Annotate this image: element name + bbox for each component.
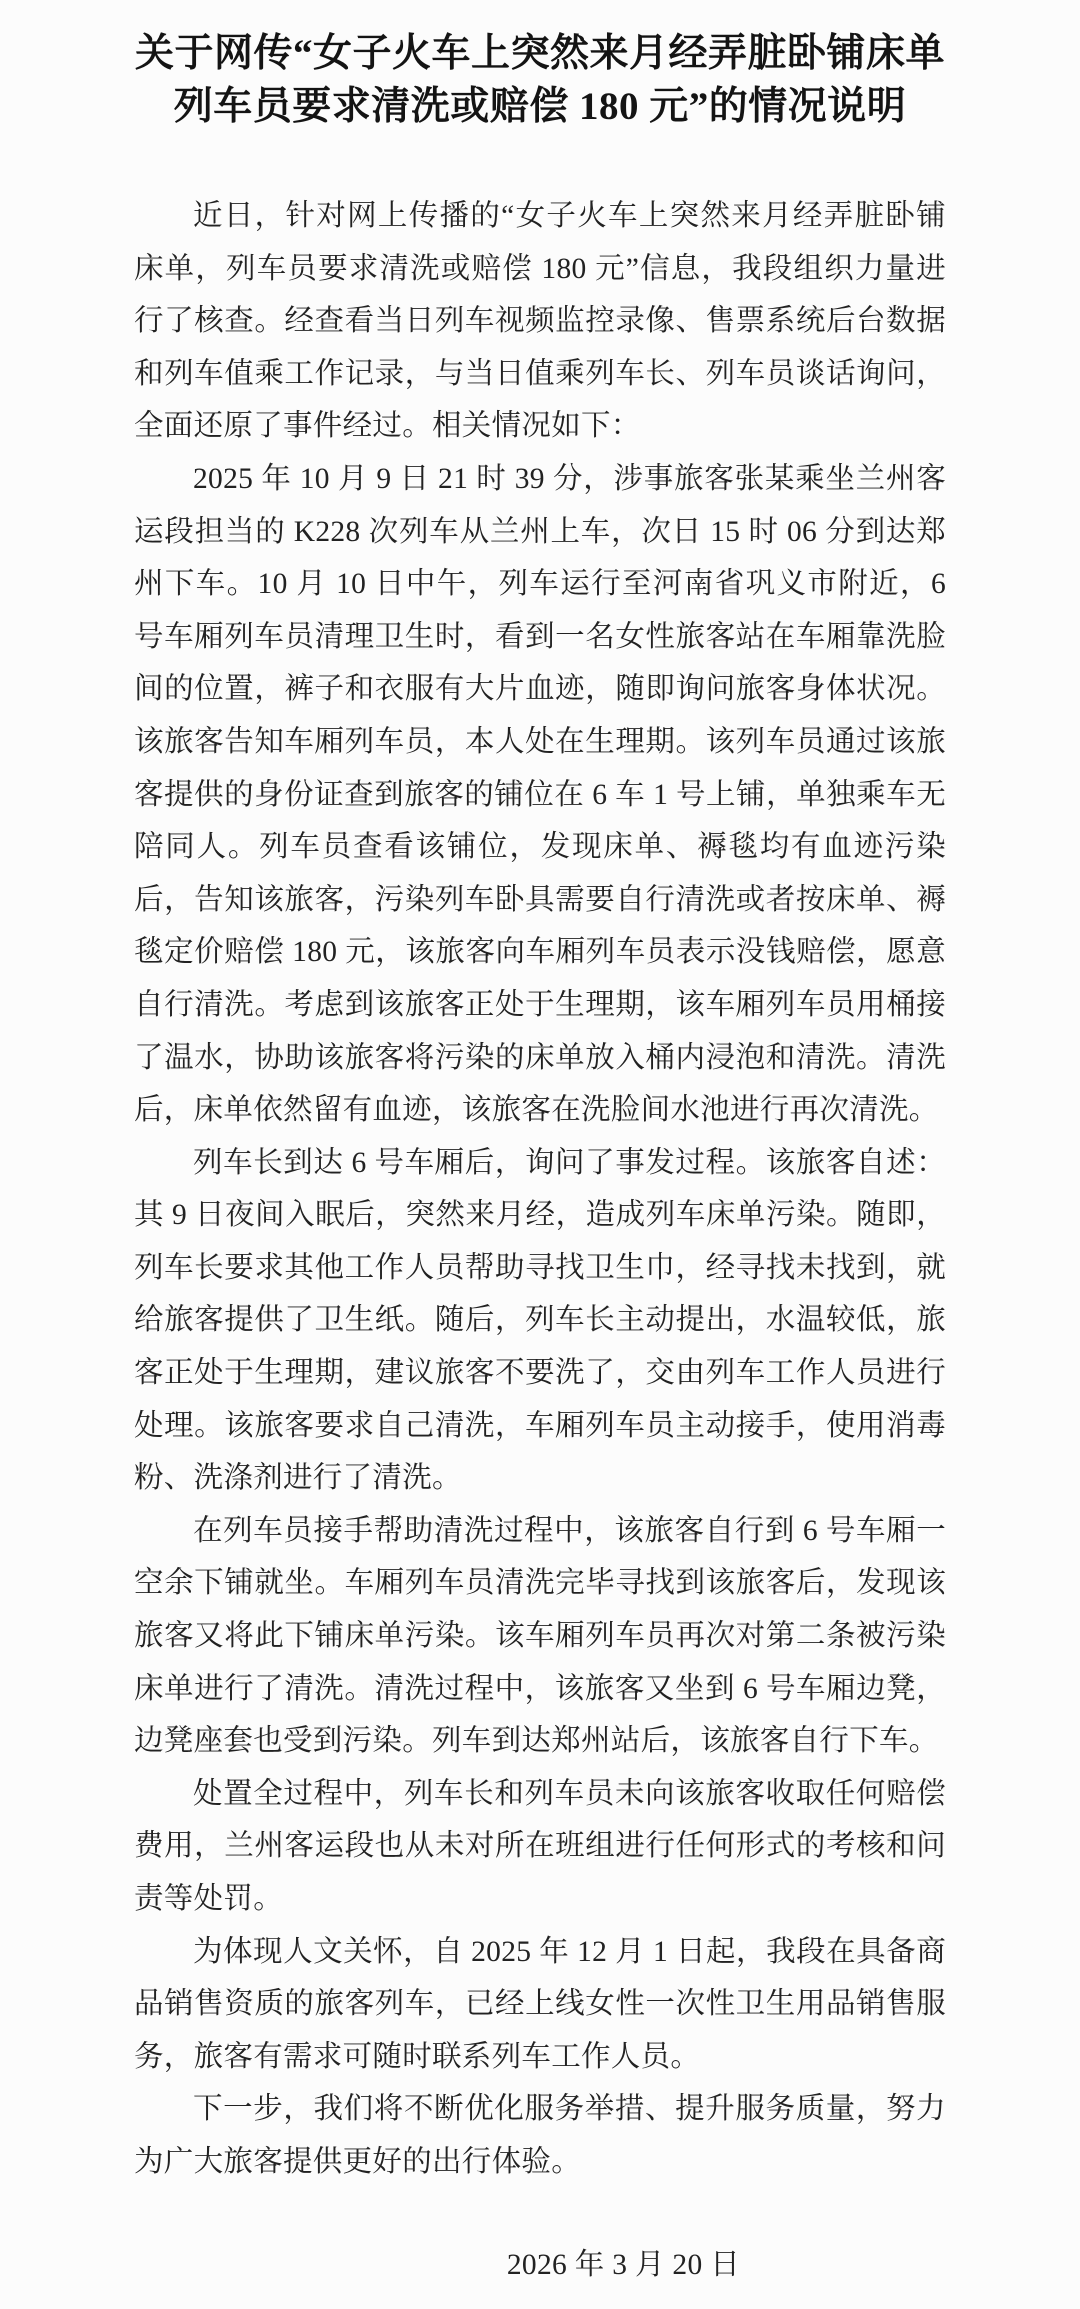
- document-body: 近日，针对网上传播的“女子火车上突然来月经弄脏卧铺床单，列车员要求清洗或赔偿 1…: [134, 190, 946, 2189]
- document-title-line2: 列车员要求清洗或赔偿 180 元”的情况说明: [174, 85, 907, 128]
- document-date: 2026 年 3 月 20 日: [134, 2239, 946, 2292]
- paragraph: 为体现人文关怀，自 2025 年 12 月 1 日起，我段在具备商品销售资质的旅…: [134, 1926, 946, 2084]
- document-title-line1: 关于网传“女子火车上突然来月经弄脏卧铺床单: [135, 32, 945, 75]
- paragraph: 处置全过程中，列车长和列车员未向该旅客收取任何赔偿费用，兰州客运段也从未对所在班…: [134, 1768, 946, 1926]
- document-title: 关于网传“女子火车上突然来月经弄脏卧铺床单 列车员要求清洗或赔偿 180 元”的…: [0, 0, 1080, 133]
- paragraph: 列车长到达 6 号车厢后，询问了事发过程。该旅客自述：其 9 日夜间入眠后，突然…: [134, 1137, 946, 1505]
- statement-document: 关于网传“女子火车上突然来月经弄脏卧铺床单 列车员要求清洗或赔偿 180 元”的…: [0, 0, 1080, 2309]
- paragraph: 在列车员接手帮助清洗过程中，该旅客自行到 6 号车厢一空余下铺就坐。车厢列车员清…: [134, 1505, 946, 1768]
- paragraph: 2025 年 10 月 9 日 21 时 39 分，涉事旅客张某乘坐兰州客运段担…: [134, 453, 946, 1137]
- paragraph: 近日，针对网上传播的“女子火车上突然来月经弄脏卧铺床单，列车员要求清洗或赔偿 1…: [134, 190, 946, 453]
- paragraph: 下一步，我们将不断优化服务举措、提升服务质量，努力为广大旅客提供更好的出行体验。: [134, 2083, 946, 2188]
